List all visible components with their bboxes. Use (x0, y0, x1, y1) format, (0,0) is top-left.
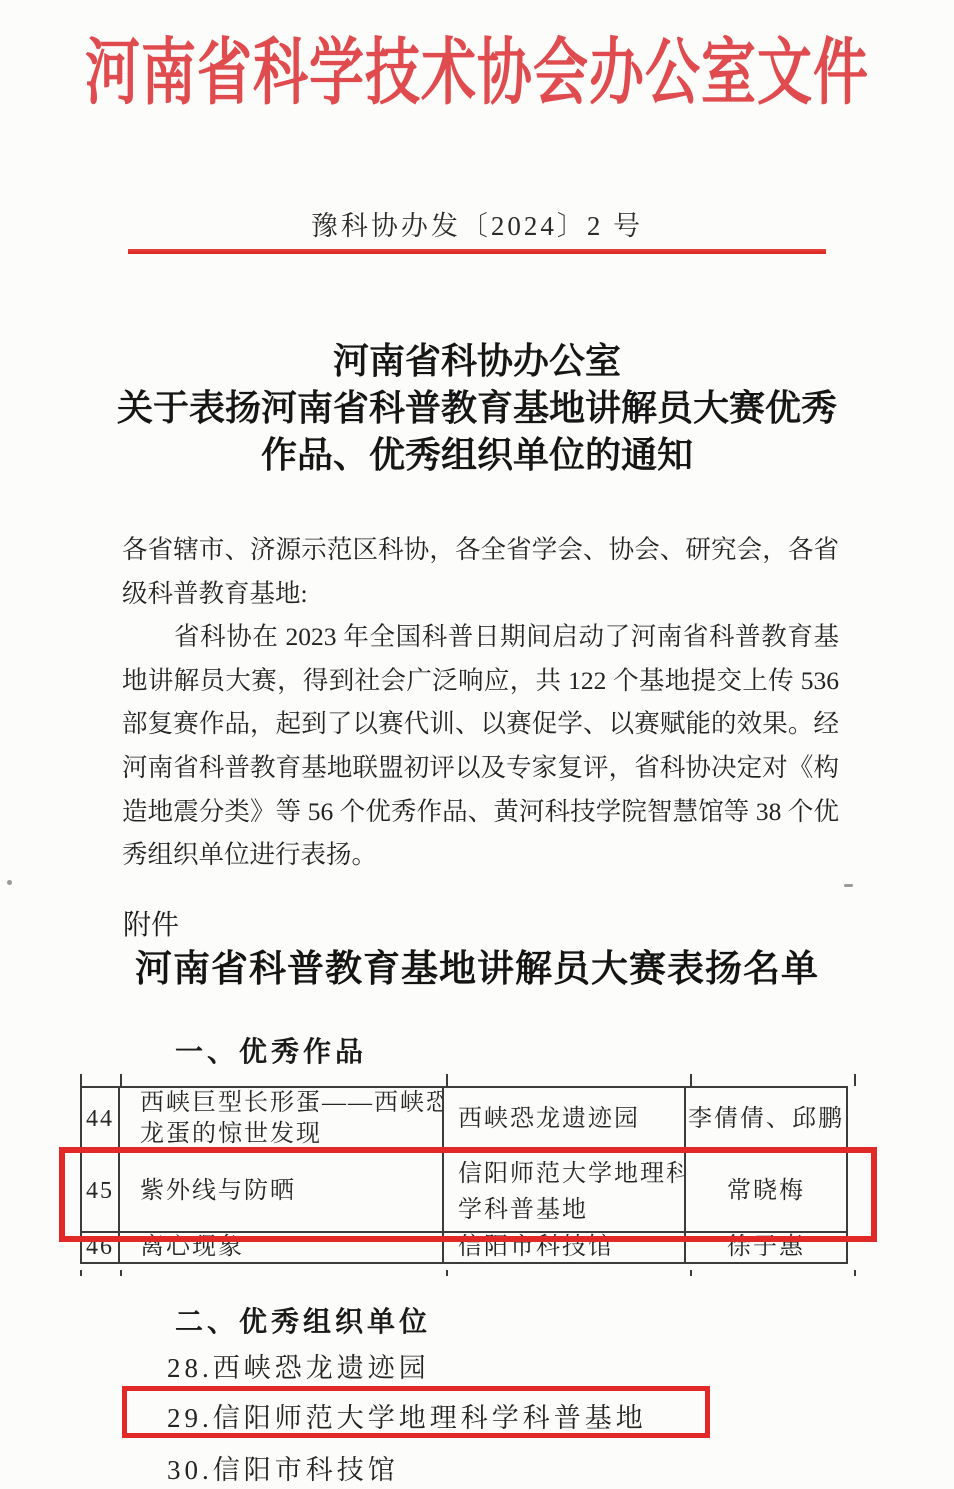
body-line: 河南省科普教育基地联盟初评以及专家复评，省科协决定对《构 (122, 746, 839, 790)
body-line: 秀组织单位进行表扬。 (122, 833, 839, 877)
org-list-item: 28.西峡恐龙遗迹园 (167, 1346, 430, 1385)
body-line: 各省辖市、济源示范区科协，各全省学会、协会、研究会，各省 (122, 528, 839, 572)
table-cell-base: 西峡恐龙遗迹园 (444, 1088, 686, 1152)
org-list-item: 29.信阳师范大学地理科学科普基地 (167, 1396, 647, 1435)
notice-body: 各省辖市、济源示范区科协，各全省学会、协会、研究会，各省 级科普教育基地: 省科… (122, 528, 839, 877)
notice-title-line: 作品、优秀组织单位的通知 (0, 432, 954, 479)
table-border-stub (80, 1074, 82, 1086)
attachment-label: 附件 (123, 903, 179, 943)
body-line: 省科协在 2023 年全国科普日期间启动了河南省科普教育基 (122, 615, 839, 659)
section-heading-orgs: 二、优秀组织单位 (175, 1300, 431, 1340)
table-border-stub (120, 1074, 122, 1086)
table-border-stub (854, 1074, 856, 1086)
document-number: 豫科协办发〔2024〕2 号 (0, 204, 954, 243)
scan-speck (7, 880, 12, 885)
table-border-stub (80, 1270, 82, 1276)
body-line: 级科普教育基地: (122, 572, 839, 616)
body-line: 造地震分类》等 56 个优秀作品、黄河科技学院智慧馆等 38 个优 (122, 790, 839, 834)
table-border-stub (690, 1074, 692, 1086)
letterhead-title: 河南省科学技术协会办公室文件 (0, 14, 954, 133)
scan-speck (844, 884, 853, 887)
table-border-stub (120, 1270, 122, 1276)
letterhead-divider-rule (128, 249, 826, 254)
notice-title: 河南省科协办公室 关于表扬河南省科普教育基地讲解员大赛优秀 作品、优秀组织单位的… (0, 338, 954, 479)
notice-title-line: 关于表扬河南省科普教育基地讲解员大赛优秀 (0, 385, 954, 432)
attachment-title: 河南省科普教育基地讲解员大赛表扬名单 (0, 938, 954, 992)
work-title-line: 龙蛋的惊世发现 (140, 1119, 442, 1150)
org-list-item: 30.信阳市科技馆 (167, 1448, 399, 1487)
section-heading-works: 一、优秀作品 (175, 1030, 367, 1070)
table-border-stub (446, 1074, 448, 1086)
highlight-box-row-45 (59, 1147, 877, 1242)
table-cell-names: 李倩倩、邱鹏 (686, 1088, 848, 1152)
table-border-stub (854, 1270, 856, 1276)
table-border-stub (690, 1270, 692, 1276)
row-number: 44 (86, 1104, 114, 1135)
work-title-line: 西峡巨型长形蛋——西峡恐 (140, 1088, 442, 1119)
body-line: 部复赛作品，起到了以赛代训、以赛促学、以赛赋能的效果。经 (122, 702, 839, 746)
body-line: 地讲解员大赛，得到社会广泛响应，共 122 个基地提交上传 536 (122, 659, 839, 703)
notice-title-line: 河南省科协办公室 (0, 338, 954, 385)
table-border-stub (446, 1270, 448, 1276)
table-cell-work: 西峡巨型长形蛋——西峡恐 龙蛋的惊世发现 (120, 1088, 444, 1152)
table-cell-number: 44 (82, 1088, 120, 1152)
presenter-names: 李倩倩、邱鹏 (688, 1104, 844, 1135)
base-name-line: 西峡恐龙遗迹园 (458, 1104, 684, 1135)
